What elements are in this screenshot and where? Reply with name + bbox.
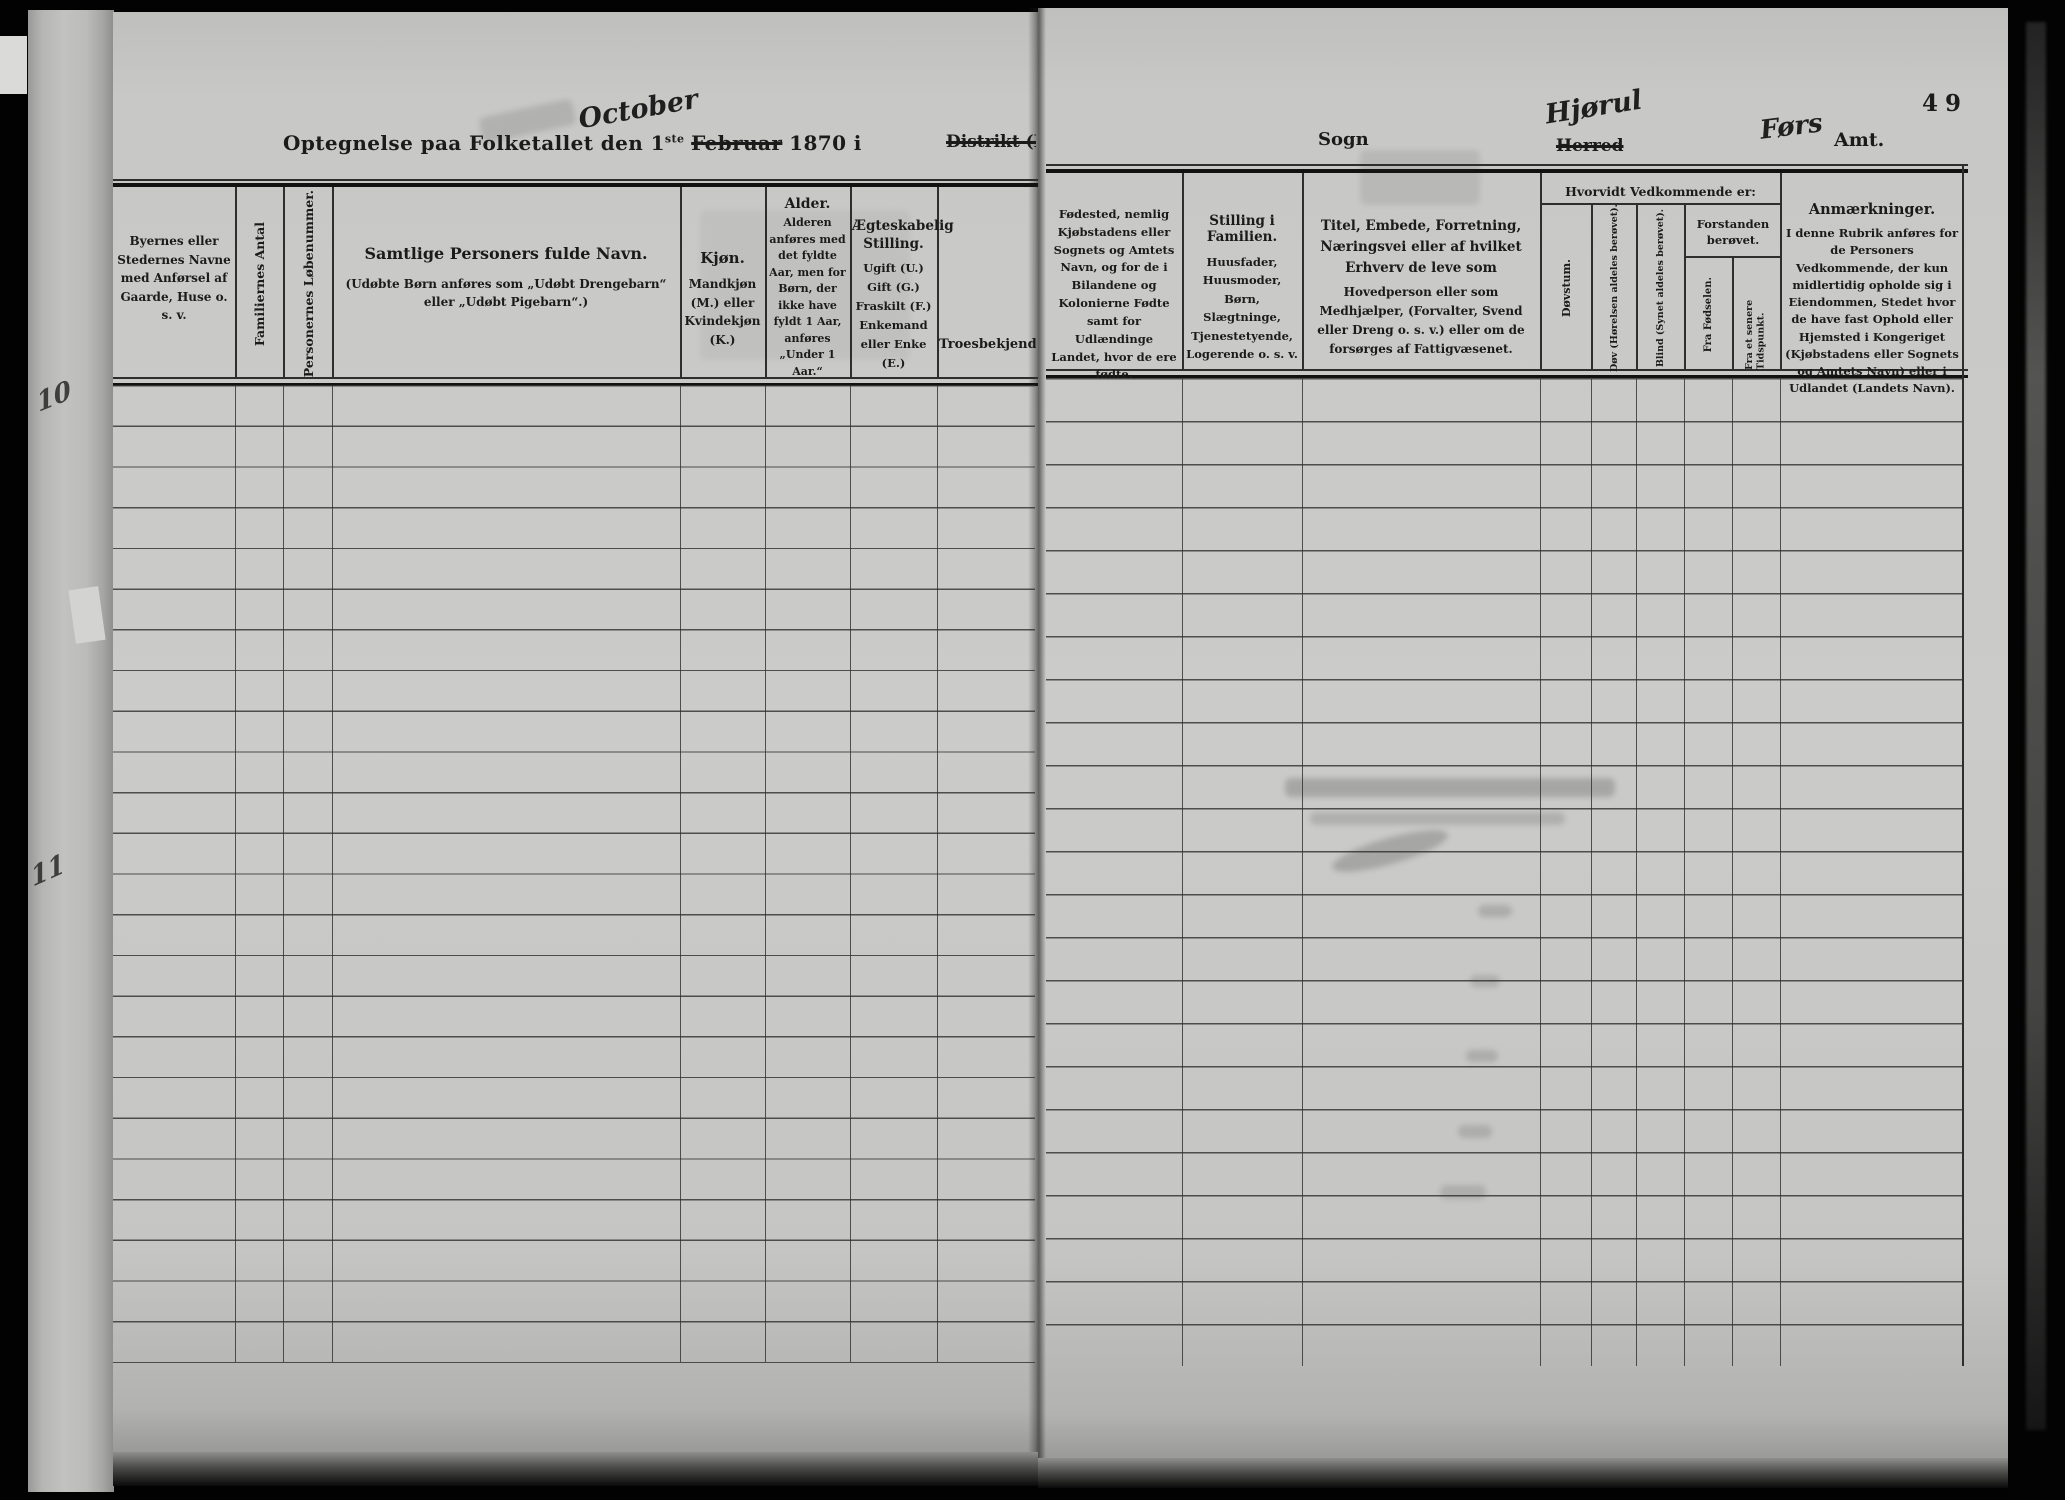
- col-insane-birth-header: Fra Fødselen.: [1685, 260, 1732, 370]
- right-body-divider: [1780, 379, 1781, 1366]
- form-title-year: 1870 i: [789, 131, 862, 155]
- left-body-divider: [937, 386, 938, 1362]
- right-col-divider: [1302, 173, 1304, 371]
- left-top-rule-thin: [113, 179, 1038, 181]
- condition-group-header: Hvorvidt Vedkommende er:: [1540, 184, 1781, 199]
- right-body-divider: [1591, 379, 1592, 1366]
- col-person-no-header: Personernes Løbenummer.: [284, 190, 332, 378]
- col-deaf-label: Døv (Hørelsen aldeles berøvet).: [1609, 204, 1620, 372]
- col-family-header: Stilling i Familien. Huusfader, Huusmode…: [1184, 213, 1300, 363]
- bleed-through-mark: [1470, 975, 1500, 987]
- left-body-divider: [850, 386, 851, 1362]
- left-page-bottom-edge: [113, 1452, 1038, 1486]
- col-families-header: Familiernes Antal: [236, 190, 283, 378]
- right-table-rows: [1046, 378, 1962, 1367]
- col-place-header: Byernes eller Stedernes Navne med Anførs…: [117, 232, 231, 325]
- amt-label: Amt.: [1834, 129, 1884, 151]
- bleed-through-text-band: [1285, 778, 1615, 797]
- col-family-title: Stilling i Familien.: [1184, 213, 1300, 245]
- bleed-through-mark: [1466, 1050, 1498, 1062]
- insane-group-underline: [1684, 256, 1781, 258]
- col-insane-birth-label: Fra Fødselen.: [1703, 277, 1714, 352]
- col-name-title: Samtlige Personers fulde Navn.: [340, 243, 672, 265]
- left-col-divider: [332, 187, 334, 378]
- form-title: Optegnelse paa Folketallet den 1ste Febr…: [283, 131, 862, 155]
- paper-scrap-top-left: [0, 36, 27, 94]
- right-top-rule: [1046, 169, 1968, 173]
- col-occupation-header: Titel, Embede, Forretning, Næringsvei el…: [1308, 216, 1534, 360]
- right-body-divider: [1182, 379, 1183, 1366]
- right-body-divider: [1636, 379, 1637, 1366]
- col-birthplace-header: Fødested, nemlig Kjøbstadens eller Sogne…: [1050, 206, 1178, 384]
- left-table-rows: [113, 385, 1035, 1363]
- col-name-sub: (Udøbte Børn anføres som „Udøbt Drengeba…: [340, 275, 672, 311]
- scanned-census-book: { "page_number": "49", "margin_notes": {…: [0, 0, 2065, 1500]
- col-faith-label: Troesbekjendelse: [939, 337, 1036, 352]
- col-name-header: Samtlige Personers fulde Navn. (Udøbte B…: [340, 243, 672, 311]
- left-body-divider: [332, 386, 333, 1362]
- col-family-sub: Huusfader, Huusmoder, Børn, Slægtninge, …: [1184, 253, 1300, 363]
- bleed-through-text-band: [1310, 812, 1565, 825]
- condition-group-underline: [1540, 203, 1781, 205]
- left-body-divider: [680, 386, 681, 1362]
- col-faith-header: Troesbekjendelse: [939, 333, 1036, 352]
- struck-district-label: Distrikt (B: [946, 132, 1036, 152]
- right-table-right-edge: [1962, 164, 1964, 1366]
- insane-group-header: Forstanden berøvet.: [1686, 216, 1780, 248]
- col-occupation-rest: Hovedperson eller som Medhjælper, (Forva…: [1308, 283, 1534, 360]
- col-deafmute-label: Døvstum.: [1560, 259, 1573, 317]
- form-title-ordinal: ste: [665, 132, 684, 145]
- col-deaf-header: Døv (Hørelsen aldeles berøvet).: [1592, 206, 1636, 370]
- col-deafmute-header: Døvstum.: [1541, 206, 1591, 370]
- page-number: 49: [1922, 90, 1968, 117]
- bleed-through-mark: [1478, 905, 1512, 917]
- book-right-edge-pages: [2026, 22, 2046, 1430]
- right-top-rule-thin: [1046, 164, 1968, 166]
- bleed-through-block: [700, 210, 910, 360]
- left-body-divider: [235, 386, 236, 1362]
- col-remarks-header: Anmærkninger. I denne Rubrik anføres for…: [1784, 201, 1960, 398]
- bleed-through-smudge: [1360, 150, 1480, 205]
- bleed-through-mark: [1440, 1185, 1486, 1199]
- col-remarks-sub: I denne Rubrik anføres for de Personers …: [1784, 225, 1960, 398]
- col-blind-header: Blind (Synet aldeles berøvet).: [1637, 206, 1684, 370]
- col-families-label: Familiernes Antal: [252, 222, 267, 346]
- left-body-divider: [765, 386, 766, 1362]
- right-body-divider: [1302, 379, 1303, 1366]
- col-blind-label: Blind (Synet aldeles berøvet).: [1655, 209, 1666, 367]
- left-body-divider: [283, 386, 284, 1362]
- col-occupation-bold: Titel, Embede, Forretning, Næringsvei el…: [1308, 216, 1534, 279]
- col-insane-later-header: Fra et senere Tidspunkt.: [1733, 260, 1780, 370]
- left-top-rule: [113, 183, 1038, 187]
- col-remarks-title: Anmærkninger.: [1784, 201, 1960, 218]
- form-title-prefix: Optegnelse paa Folketallet den 1: [283, 131, 665, 155]
- right-body-divider: [1732, 379, 1733, 1366]
- sogn-label: Sogn: [1318, 129, 1369, 150]
- struck-herred-label: Herred: [1556, 136, 1624, 156]
- col-person-no-label: Personernes Løbenummer.: [301, 190, 316, 377]
- previous-pages-edge: [28, 10, 114, 1492]
- right-body-divider: [1684, 379, 1685, 1366]
- col-insane-later-label: Fra et senere Tidspunkt.: [1744, 260, 1770, 370]
- bleed-through-mark: [1458, 1125, 1492, 1138]
- right-page-bottom-edge: [1038, 1458, 2010, 1488]
- right-body-divider: [1540, 379, 1541, 1366]
- struck-month: Februar: [691, 131, 782, 155]
